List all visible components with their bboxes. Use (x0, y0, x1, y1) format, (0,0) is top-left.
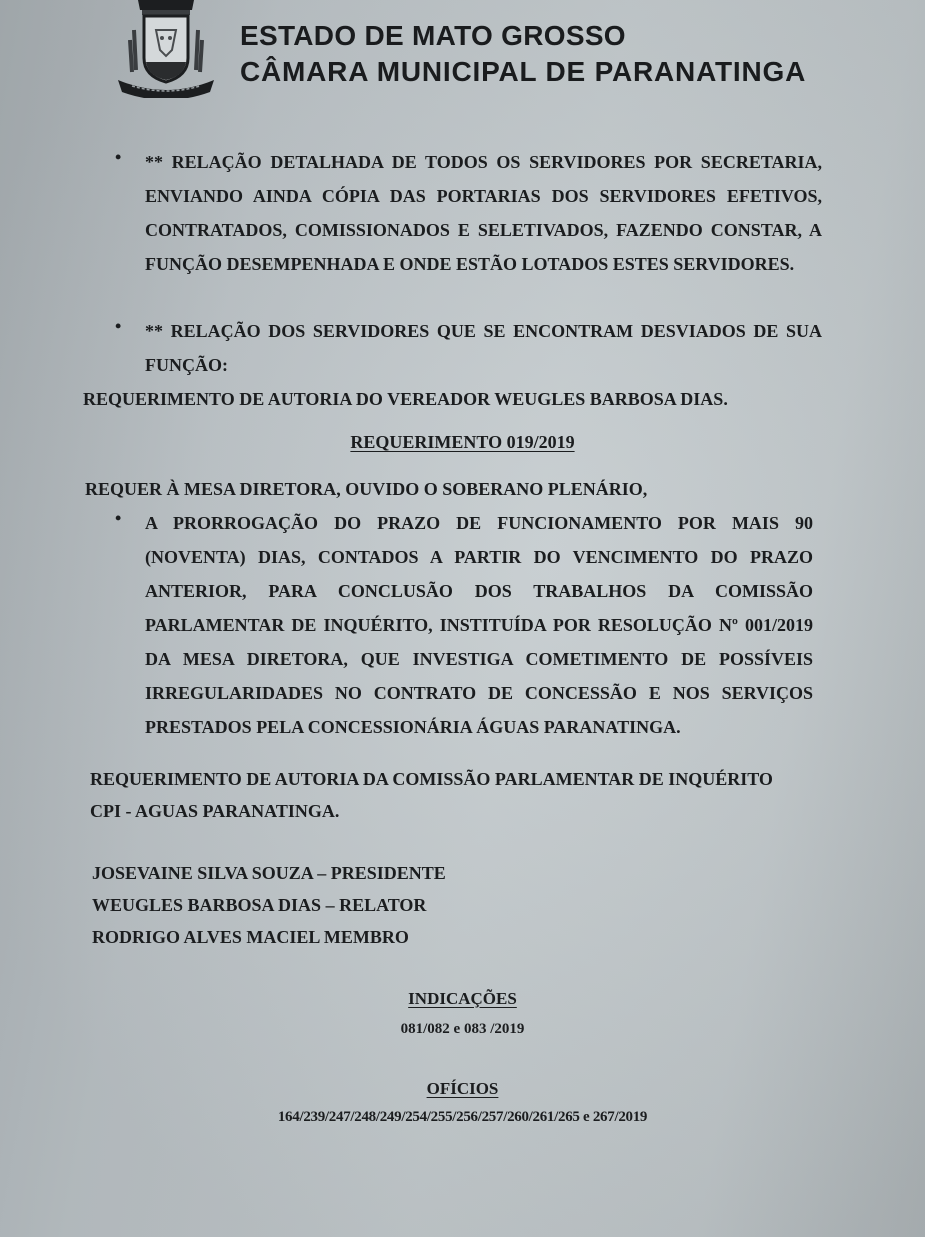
header-state-title: ESTADO DE MATO GROSSO (240, 20, 626, 52)
authorship-cpi-line1: REQUERIMENTO DE AUTORIA DA COMISSÃO PARL… (90, 762, 773, 796)
member-president: JOSEVAINE SILVA SOUZA – PRESIDENTE (92, 856, 446, 890)
requerimento-title: REQUERIMENTO 019/2019 (0, 425, 925, 459)
authorship-cpi-line2: CPI - AGUAS PARANATINGA. (90, 794, 339, 828)
header-chamber-title: CÂMARA MUNICIPAL DE PARANATINGA (240, 56, 806, 88)
bullet-dot: • (115, 508, 121, 529)
bullet-diverted-servants: ** RELAÇÃO DOS SERVIDORES QUE SE ENCONTR… (145, 314, 822, 382)
indicacoes-numbers: 081/082 e 083 /2019 (0, 1012, 925, 1046)
member-membro: RODRIGO ALVES MACIEL MEMBRO (92, 920, 409, 954)
bullet-dot: • (115, 147, 121, 168)
member-relator: WEUGLES BARBOSA DIAS – RELATOR (92, 888, 426, 922)
municipal-coat-of-arms-icon (112, 0, 220, 98)
bullet-dot: • (115, 316, 121, 337)
oficios-numbers: 164/239/247/248/249/254/255/256/257/260/… (0, 1100, 925, 1134)
bullet-servants-list: ** RELAÇÃO DETALHADA DE TODOS OS SERVIDO… (145, 145, 822, 281)
indicacoes-title: INDICAÇÕES (0, 982, 925, 1016)
authorship-vereador: REQUERIMENTO DE AUTORIA DO VEREADOR WEUG… (83, 382, 728, 416)
requerimento-intro: REQUER À MESA DIRETORA, OUVIDO O SOBERAN… (85, 472, 647, 506)
requerimento-extension-request: A PRORROGAÇÃO DO PRAZO DE FUNCIONAMENTO … (145, 506, 813, 744)
